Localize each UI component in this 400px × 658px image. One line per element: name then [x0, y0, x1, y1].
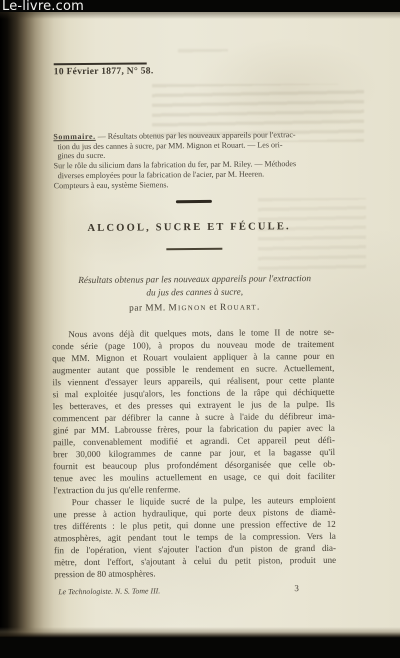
section-heading: ALCOOL, SUCRE ET FÉCULE.: [44, 221, 334, 235]
body-line: mètre, dont l'effort, s'ajoutant à celui…: [54, 554, 336, 568]
byline-prefix: par MM.: [129, 303, 168, 313]
byline-conjunction: et: [207, 303, 220, 313]
article-title-line: du jus des cannes à sucre,: [50, 285, 340, 300]
scanned-book-page: 10 Février 1877, N° 58. Sommaire. — Résu…: [0, 12, 400, 638]
body-line: pression de 80 atmosphères.: [54, 566, 336, 580]
body-paragraph-1: Nous avons déjà dit quelques mots, dans …: [52, 326, 335, 496]
heading-rule: [166, 248, 222, 250]
summary-label: Sommaire.: [53, 132, 95, 141]
screenshot-root: { "watermark": { "site_label": "Le-livre…: [0, 0, 400, 658]
watermark-site-label: Le-livre.com: [2, 0, 84, 14]
summary-block: Sommaire. — Résultats obtenus par les no…: [53, 130, 336, 191]
article-title: Résultats obtenus par les nouveaux appar…: [50, 273, 340, 301]
article-byline: par MM. Mignon et Rouart.: [50, 302, 340, 315]
printed-content: 10 Février 1877, N° 58. Sommaire. — Résu…: [0, 10, 400, 639]
section-divider-dash: [176, 200, 212, 203]
summary-line: Compteurs à eau, système Siemens.: [54, 178, 337, 190]
masthead-rule: [54, 62, 147, 65]
issue-date-number: 10 Février 1877, N° 58.: [54, 66, 154, 77]
summary-first-line-rest: — Résultats obtenus par les nouveaux app…: [96, 130, 296, 141]
summary-lines: tion du jus des cannes à sucre, par MM. …: [53, 140, 336, 191]
article-title-line: Résultats obtenus par les nouveaux appar…: [50, 273, 340, 288]
page-bottom-edge-shadow: [0, 627, 400, 638]
body-line: tenue avec les moulins actuellement en u…: [53, 470, 335, 484]
byline-author-1: Mignon: [168, 303, 206, 313]
article-body: Nous avons déjà dit quelques mots, dans …: [52, 326, 336, 580]
byline-author-2: Rouart.: [220, 302, 261, 312]
body-paragraph-2: Pour chasser le liquide sucré de la pulp…: [53, 494, 336, 580]
journal-footer-reference: Le Technologiste. N. S. Tome III.: [58, 586, 160, 596]
signature-number: 3: [294, 583, 299, 593]
